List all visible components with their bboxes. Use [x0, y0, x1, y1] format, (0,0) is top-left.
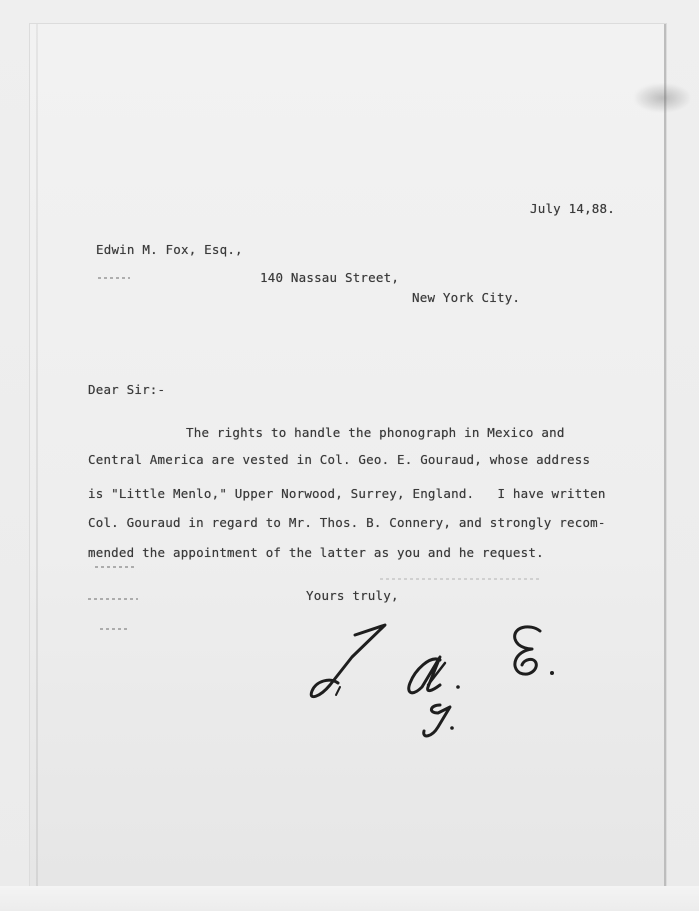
scanned-page: July 14,88. Edwin M. Fox, Esq., 140 Nass…	[0, 0, 699, 911]
body-line: mended the appointment of the latter as …	[88, 545, 544, 560]
body-line: Col. Gouraud in regard to Mr. Thos. B. C…	[88, 515, 606, 530]
faint-mark	[88, 598, 138, 600]
faint-mark	[98, 277, 130, 279]
scan-bottom-edge	[0, 886, 699, 911]
recipient-street: 140 Nassau Street,	[260, 270, 399, 285]
salutation: Dear Sir:-	[88, 382, 165, 397]
body-line: The rights to handle the phonograph in M…	[186, 425, 565, 440]
recipient-city: New York City.	[412, 290, 520, 305]
recipient-name: Edwin M. Fox, Esq.,	[96, 242, 243, 257]
faint-mark	[100, 628, 130, 630]
body-line: Central America are vested in Col. Geo. …	[88, 452, 590, 467]
handwritten-signature	[300, 615, 560, 745]
faint-mark	[380, 578, 540, 580]
faint-mark	[95, 566, 135, 568]
letter-date: July 14,88.	[530, 201, 615, 216]
body-line: is "Little Menlo," Upper Norwood, Surrey…	[88, 486, 606, 501]
ink-smudge	[635, 84, 690, 112]
closing: Yours truly,	[306, 588, 399, 603]
